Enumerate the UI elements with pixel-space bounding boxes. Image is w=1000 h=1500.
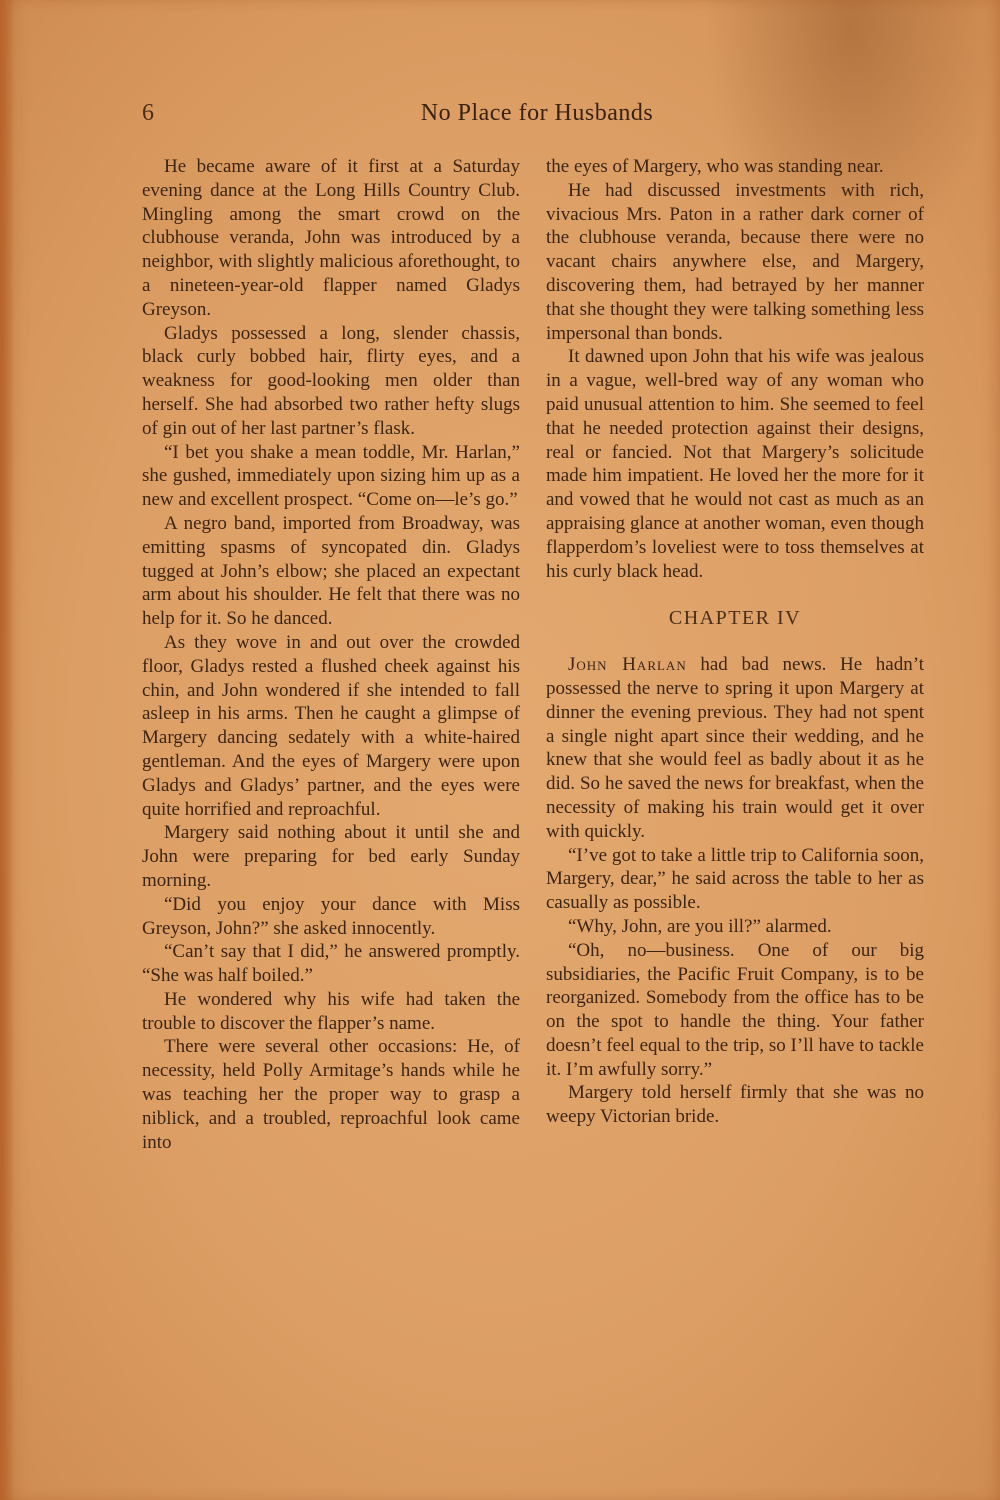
chapter-heading: CHAPTER IV [546, 607, 924, 631]
paragraph: Margery said nothing about it until she … [142, 821, 520, 892]
paragraph: “Did you enjoy your dance with Miss Grey… [142, 893, 520, 941]
paragraph-continuation: the eyes of Margery, who was standing ne… [546, 155, 924, 179]
paragraph: He had discussed investments with rich, … [546, 179, 924, 346]
running-head-title: No Place for Husbands [142, 100, 932, 127]
book-page: 6 No Place for Husbands He became aware … [0, 0, 1000, 1500]
right-text-column: the eyes of Margery, who was standing ne… [546, 155, 924, 1129]
paragraph: “Oh, no—business. One of our big subsidi… [546, 939, 924, 1082]
page-edge-shadow [0, 0, 14, 1500]
chapter-opening-text: had bad news. He hadn’t possessed the ne… [546, 654, 924, 842]
paragraph: A negro band, imported from Broadway, wa… [142, 512, 520, 631]
paragraph: Gladys possessed a long, slender chassis… [142, 322, 520, 441]
paragraph: “I’ve got to take a little trip to Calif… [546, 844, 924, 915]
paragraph: “Can’t say that I did,” he answered prom… [142, 940, 520, 988]
paragraph: As they wove in and out over the crowded… [142, 631, 520, 821]
paragraph: Margery told herself firmly that she was… [546, 1081, 924, 1129]
paragraph: “I bet you shake a mean toddle, Mr. Harl… [142, 441, 520, 512]
paragraph: “Why, John, are you ill?” alarmed. [546, 915, 924, 939]
chapter-opening-name: John Harlan [568, 654, 687, 675]
left-text-column: He became aware of it first at a Saturda… [142, 155, 520, 1154]
paragraph: It dawned upon John that his wife was je… [546, 345, 924, 583]
chapter-opening-paragraph: John Harlan had bad news. He hadn’t poss… [546, 653, 924, 843]
paragraph: He became aware of it first at a Saturda… [142, 155, 520, 322]
page-header: 6 No Place for Husbands [142, 100, 932, 136]
paragraph: He wondered why his wife had taken the t… [142, 988, 520, 1036]
paragraph: There were several other occasions: He, … [142, 1035, 520, 1154]
